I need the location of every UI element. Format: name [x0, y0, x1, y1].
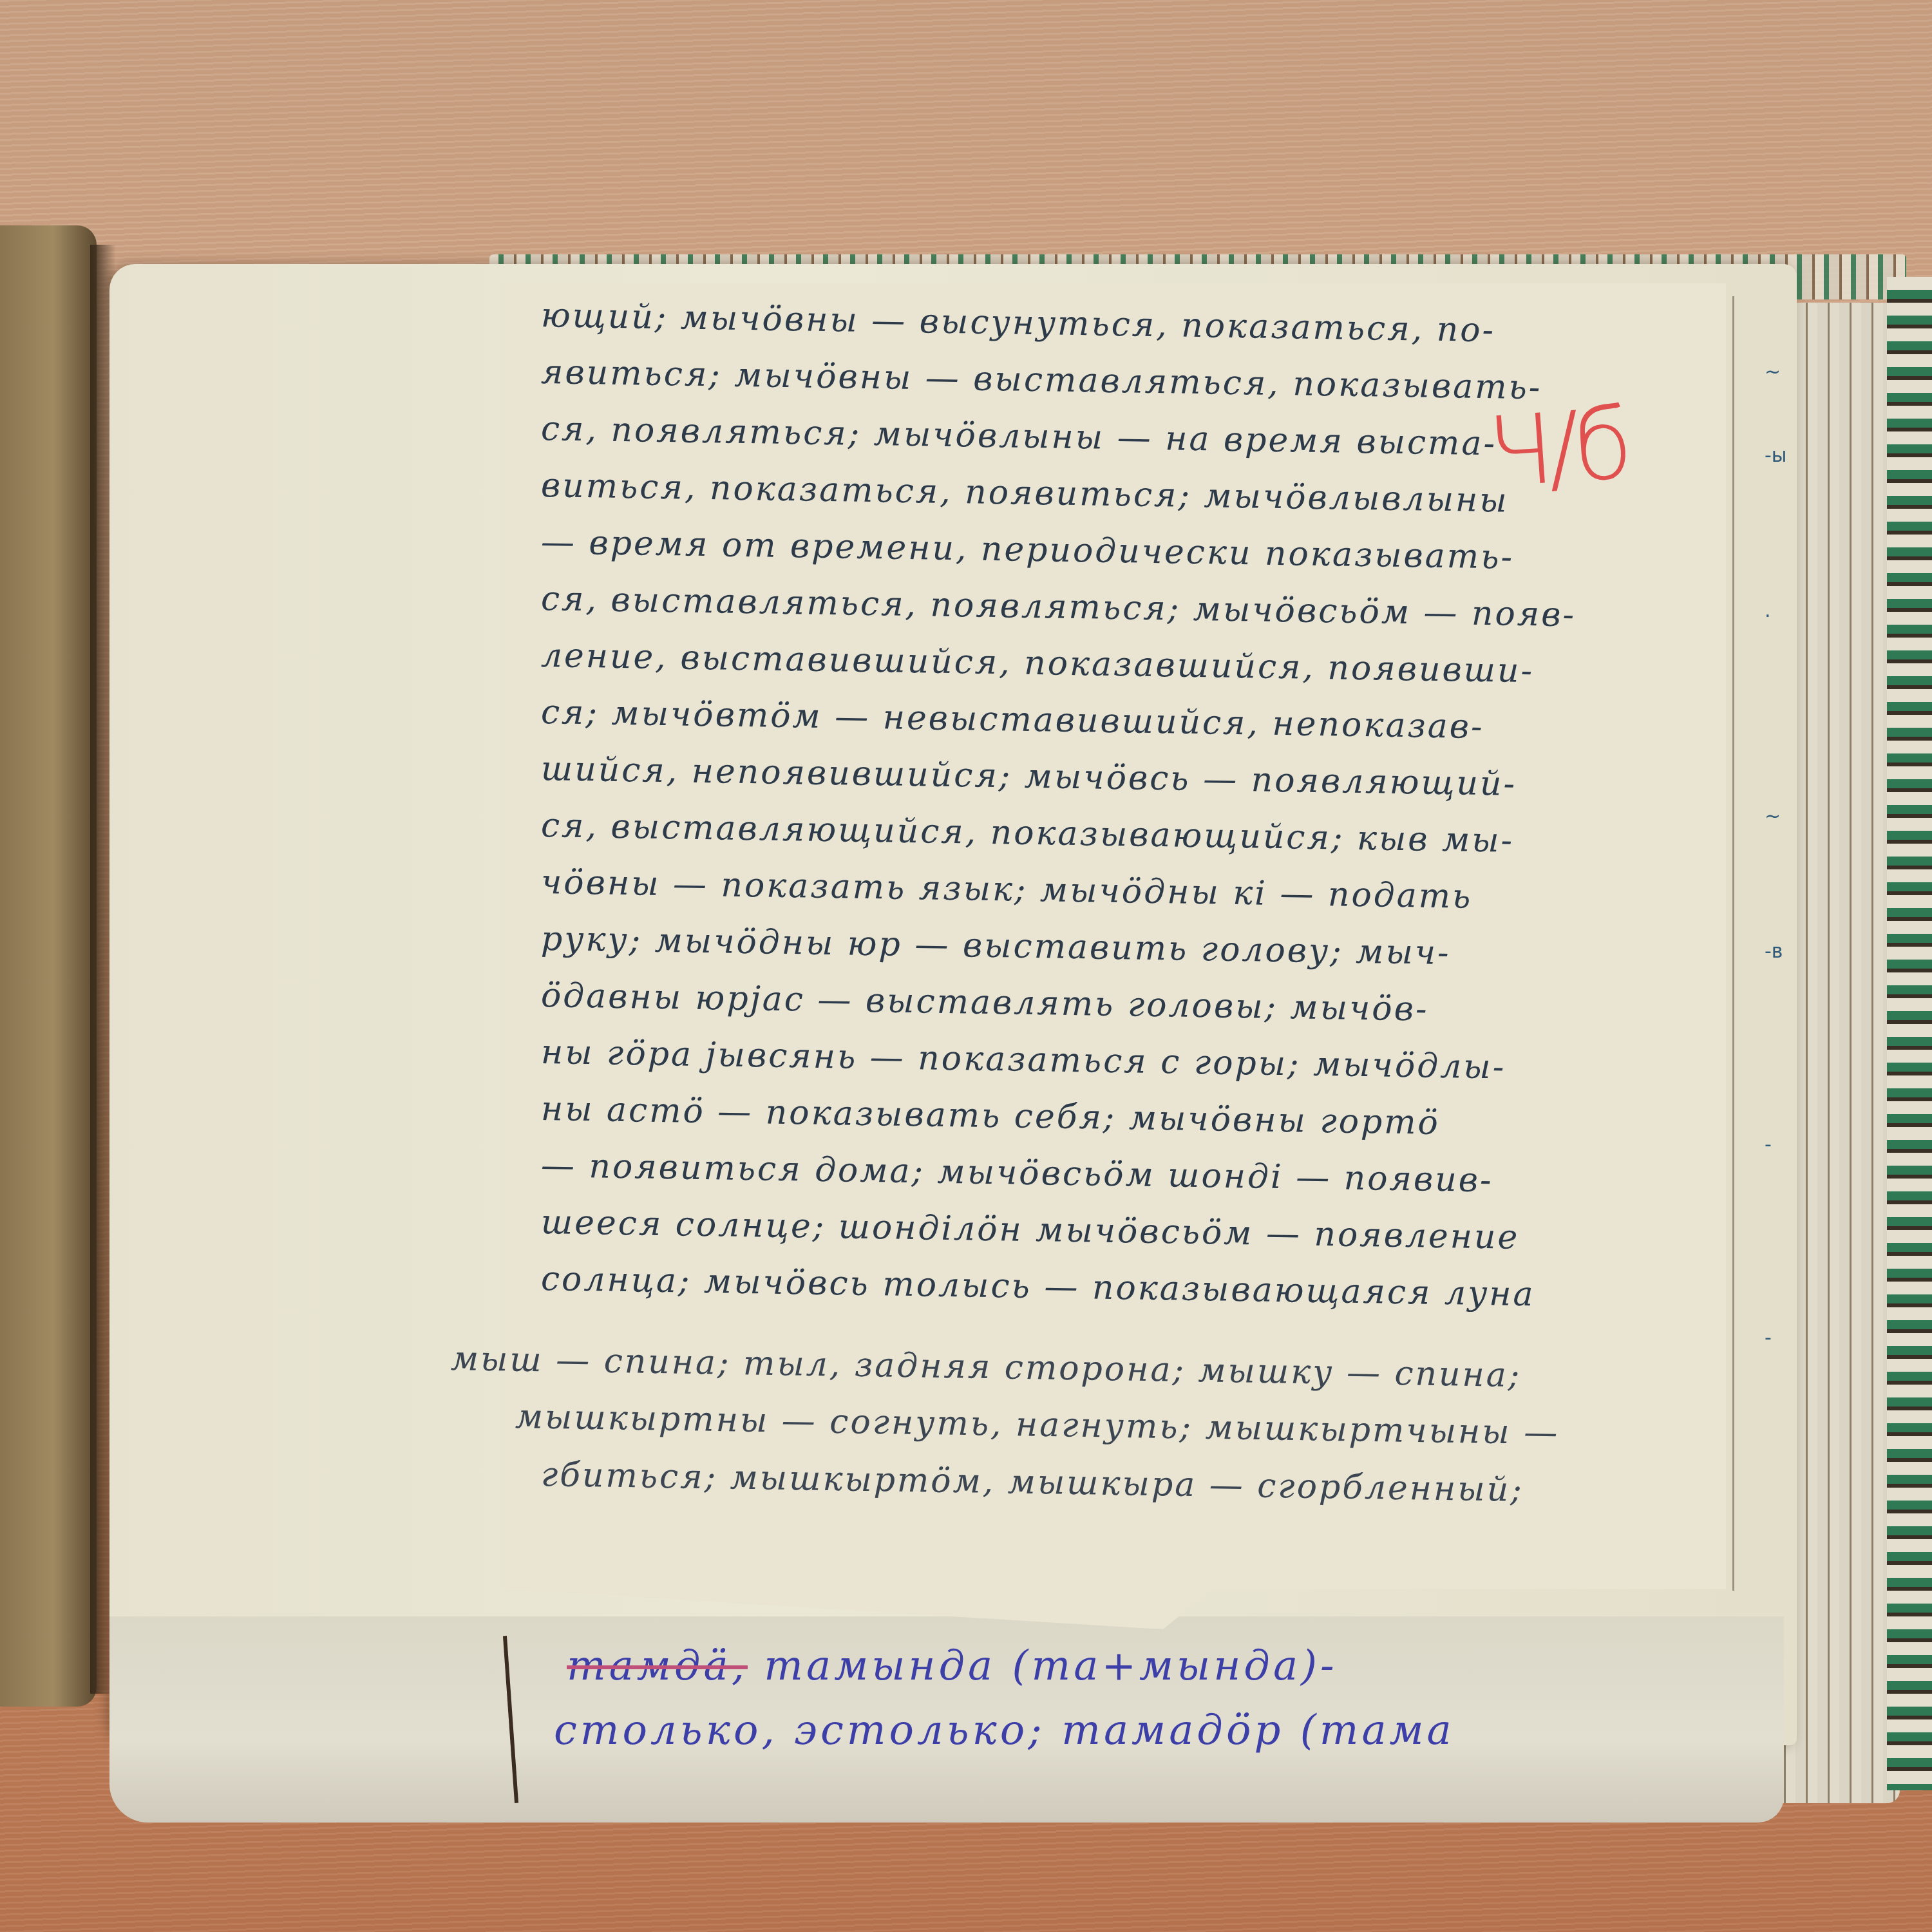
underlying-line-1: тамдӓ, тамында (та+мында)-	[567, 1642, 1338, 1690]
margin-marks: ~ -ы · ~ -в - -	[1765, 361, 1803, 1391]
underlying-line-2: столько, эстолько; тамадӧр (тама	[554, 1707, 1455, 1754]
left-page-edge	[0, 225, 97, 1707]
margin-mark: -ы	[1765, 444, 1787, 467]
margin-mark: ~	[1765, 361, 1781, 383]
margin-mark: -	[1765, 1133, 1772, 1156]
margin-mark: -	[1765, 1327, 1772, 1349]
red-pencil-annotation: Ч/б	[1484, 388, 1630, 510]
struck-word: тамдӓ,	[567, 1642, 748, 1690]
margin-mark: ~	[1765, 805, 1781, 828]
margin-mark: -в	[1765, 940, 1783, 963]
underlying-line-text: тамында (та+мында)-	[748, 1642, 1338, 1690]
slip-margin-rule	[1732, 296, 1734, 1591]
book-right-edge-marbled	[1887, 277, 1932, 1790]
underlying-line-text: столько, эстолько; тамадӧр (тама	[554, 1707, 1455, 1754]
margin-mark: ·	[1765, 605, 1771, 628]
